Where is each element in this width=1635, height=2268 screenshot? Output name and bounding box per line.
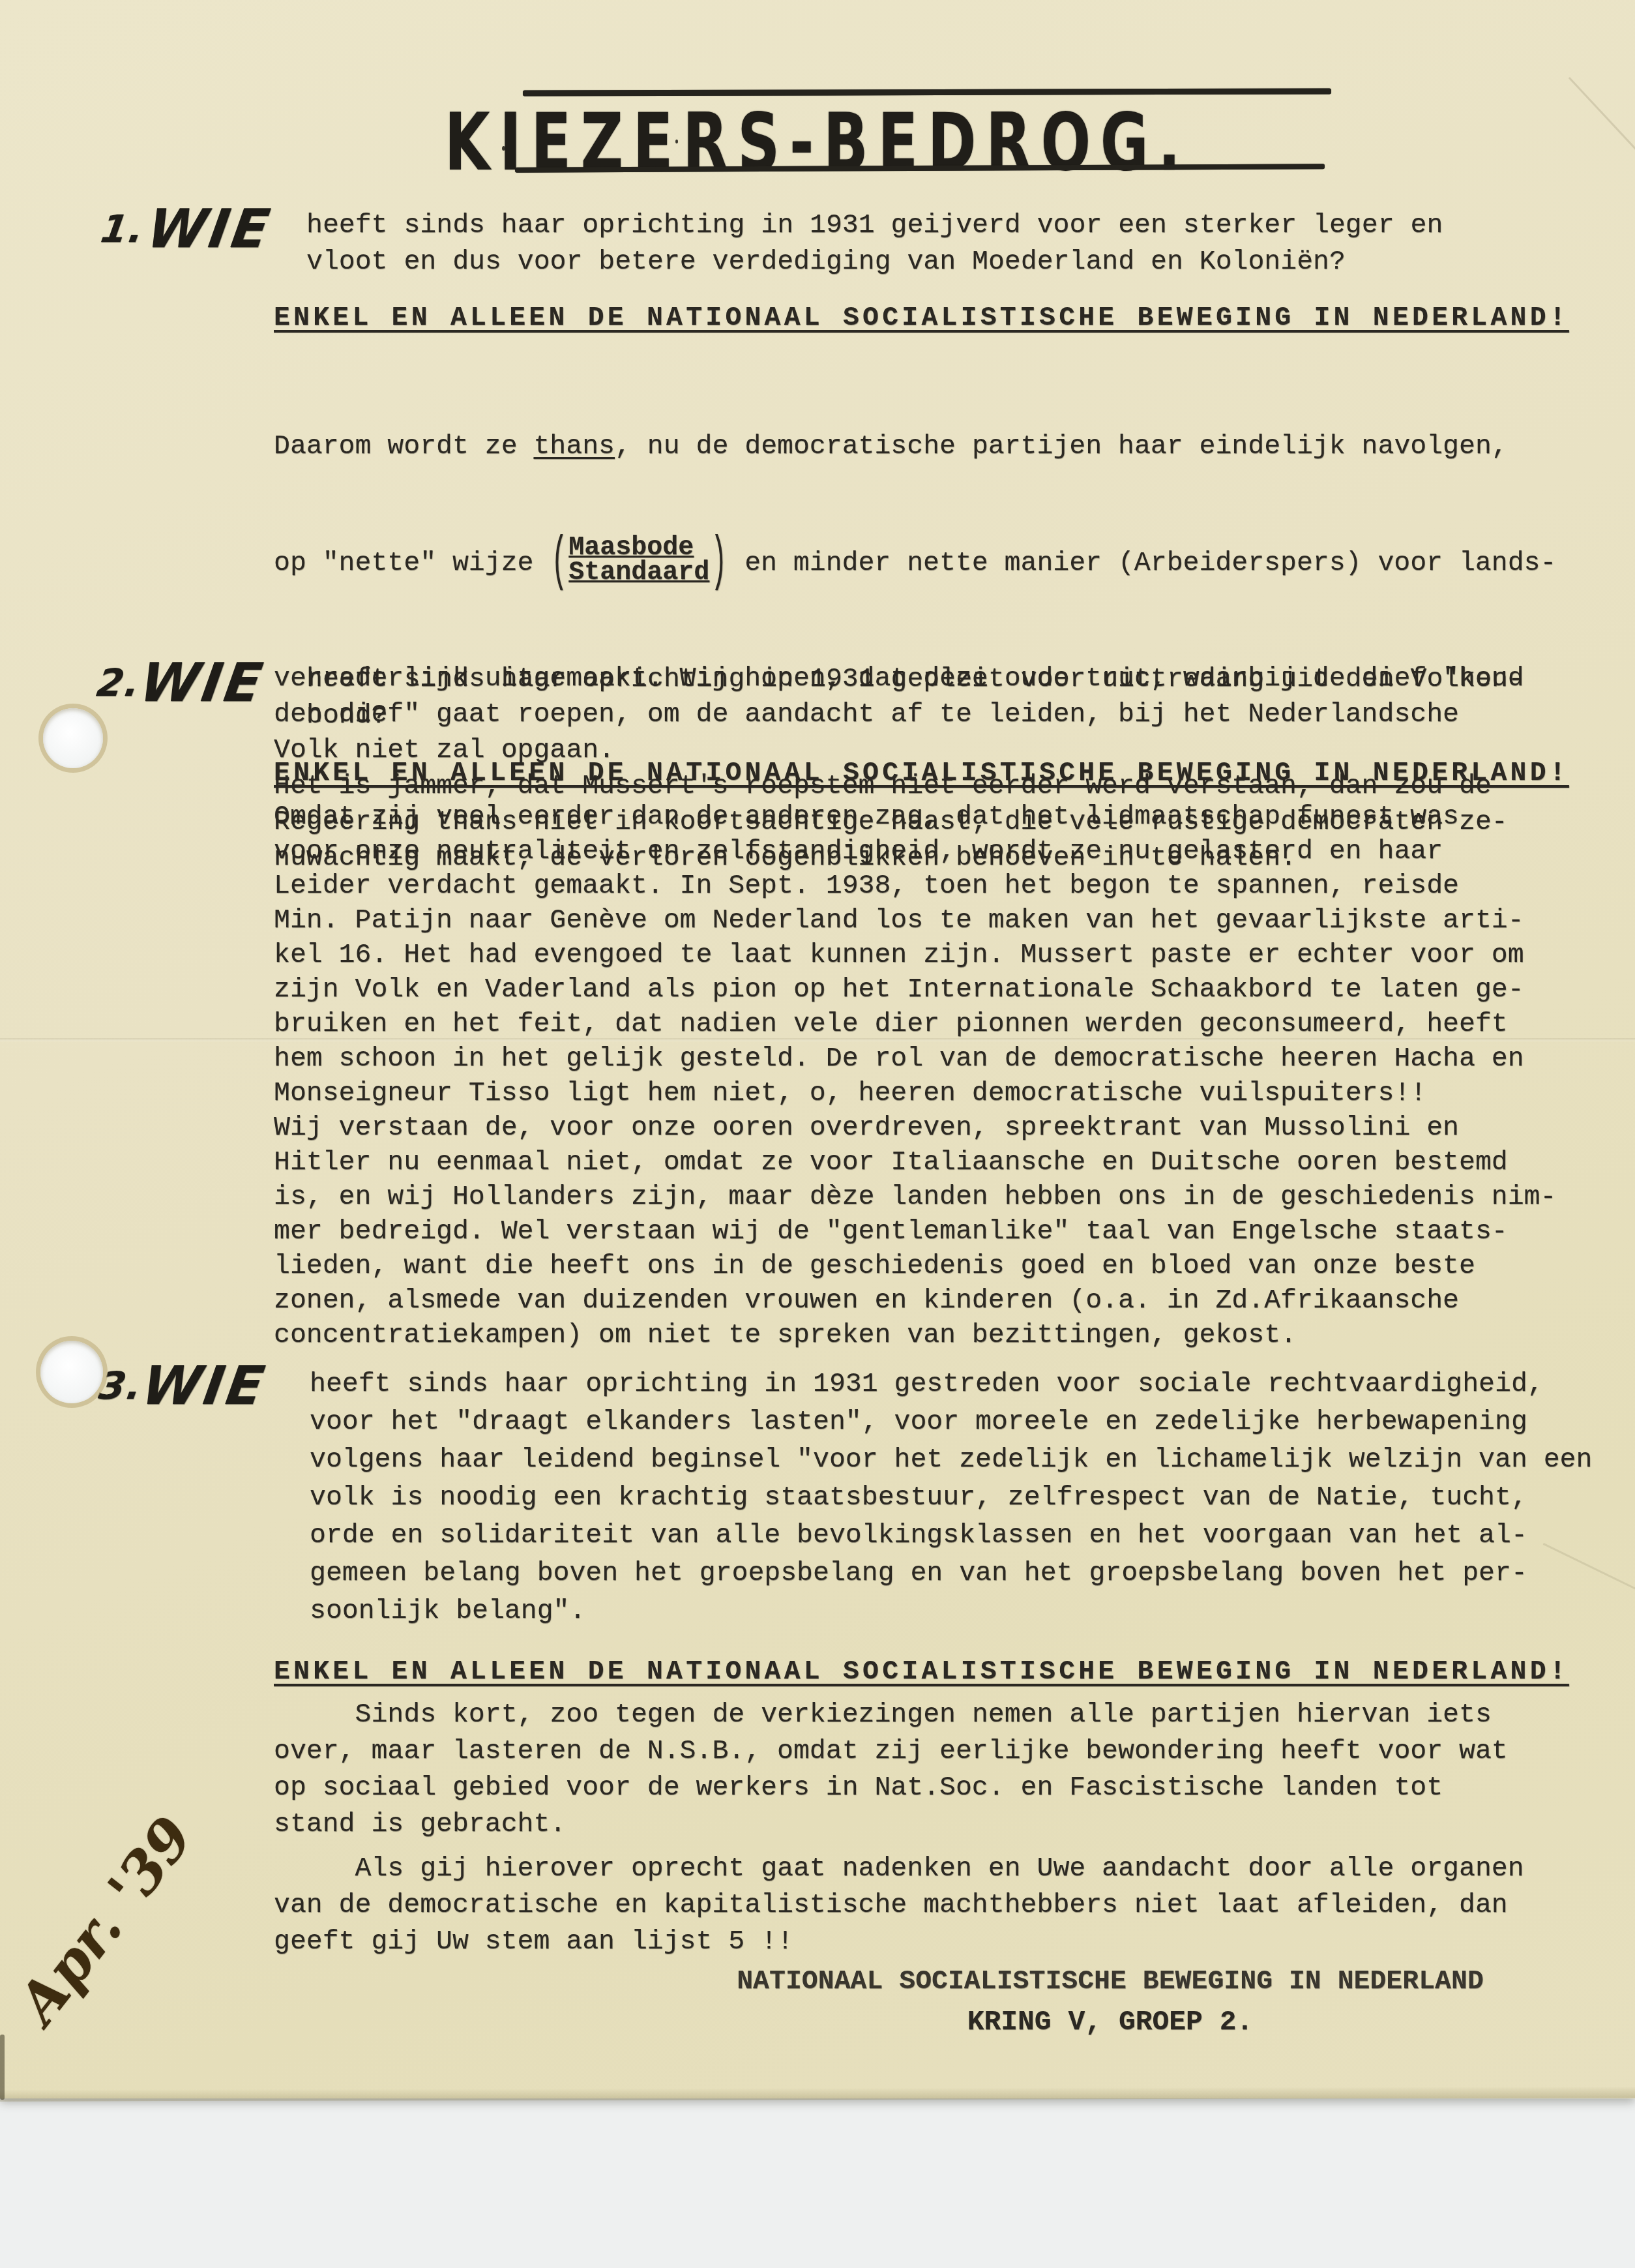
paragraph-1-line-2: op "nette" wijze (MaasbodeStandaard) en … xyxy=(274,538,1591,588)
question-3: 3.WIE heeft sinds haar oprichting in 193… xyxy=(310,1365,1613,1630)
question-1-text: heeft sinds haar oprichting in 1931 geij… xyxy=(274,207,1591,280)
question-1-marker: 1. WIE xyxy=(96,198,276,260)
paper-sheet: KIEZERS-BEDROG. 1. WIE heeft sinds haar … xyxy=(0,0,1635,2098)
punch-hole-top xyxy=(43,708,103,768)
paper-left-edge-shadow xyxy=(0,2035,5,2100)
slogan-line-3: ENKEL EN ALLEEN DE NATIONAAL SOCIALISTIS… xyxy=(274,1656,1569,1687)
question-3-text: heeft sinds haar oprichting in 1931 gest… xyxy=(310,1365,1613,1630)
paper-bottom-edge xyxy=(0,2086,1635,2101)
question-1-wie: WIE xyxy=(143,198,276,260)
maasbode-standaard-stack: MaasbodeStandaard xyxy=(568,536,709,586)
question-1: 1. WIE heeft sinds haar oprichting in 19… xyxy=(274,207,1591,280)
title-top-rule xyxy=(523,88,1331,96)
paragraph-2: Omdat zij veel eerder dan de anderen zag… xyxy=(274,799,1591,1352)
slogan-line-2: ENKEL EN ALLEEN DE NATIONAAL SOCIALISTIS… xyxy=(274,758,1569,788)
slogan-line-1: ENKEL EN ALLEEN DE NATIONAAL SOCIALISTIS… xyxy=(274,303,1569,333)
question-2-wie: WIE xyxy=(136,652,269,714)
paragraph-3: Sinds kort, zoo tegen de verkiezingen ne… xyxy=(274,1697,1591,1843)
handwritten-date-note: Apr. '39 xyxy=(5,1825,190,2035)
question-2: 2.WIE heeft sinds haar oprichting in 193… xyxy=(274,661,1591,734)
signature-organization: NATIONAAL SOCIALISTISCHE BEWEGING IN NED… xyxy=(722,1962,1498,2002)
paragraph-1-line-1: Daarom wordt ze thans, nu de democratisc… xyxy=(274,428,1591,465)
punch-hole-bottom xyxy=(40,1341,103,1403)
big-close-paren: ) xyxy=(711,522,727,604)
scanned-document-page: { "page": { "title": "KIEZERS-BEDROG.", … xyxy=(0,0,1635,2268)
emphasized-word: thans xyxy=(533,431,615,462)
question-2-number: 2. xyxy=(94,661,144,705)
big-open-paren: ( xyxy=(551,522,567,604)
question-2-marker: 2.WIE xyxy=(93,652,269,714)
question-2-text: heeft sinds haar oprichting in 1931 gepl… xyxy=(274,661,1591,734)
page-title: KIEZERS-BEDROG. xyxy=(445,97,1190,188)
signature-block: NATIONAAL SOCIALISTISCHE BEWEGING IN NED… xyxy=(722,1962,1498,2042)
question-3-wie: WIE xyxy=(138,1355,271,1417)
paragraph-4: Als gij hierover oprecht gaat nadenken e… xyxy=(274,1851,1591,1960)
question-1-number: 1. xyxy=(98,207,148,251)
question-3-marker: 3.WIE xyxy=(95,1355,271,1417)
signature-group: KRING V, GROEP 2. xyxy=(722,2002,1498,2042)
question-3-number: 3. xyxy=(96,1364,146,1408)
